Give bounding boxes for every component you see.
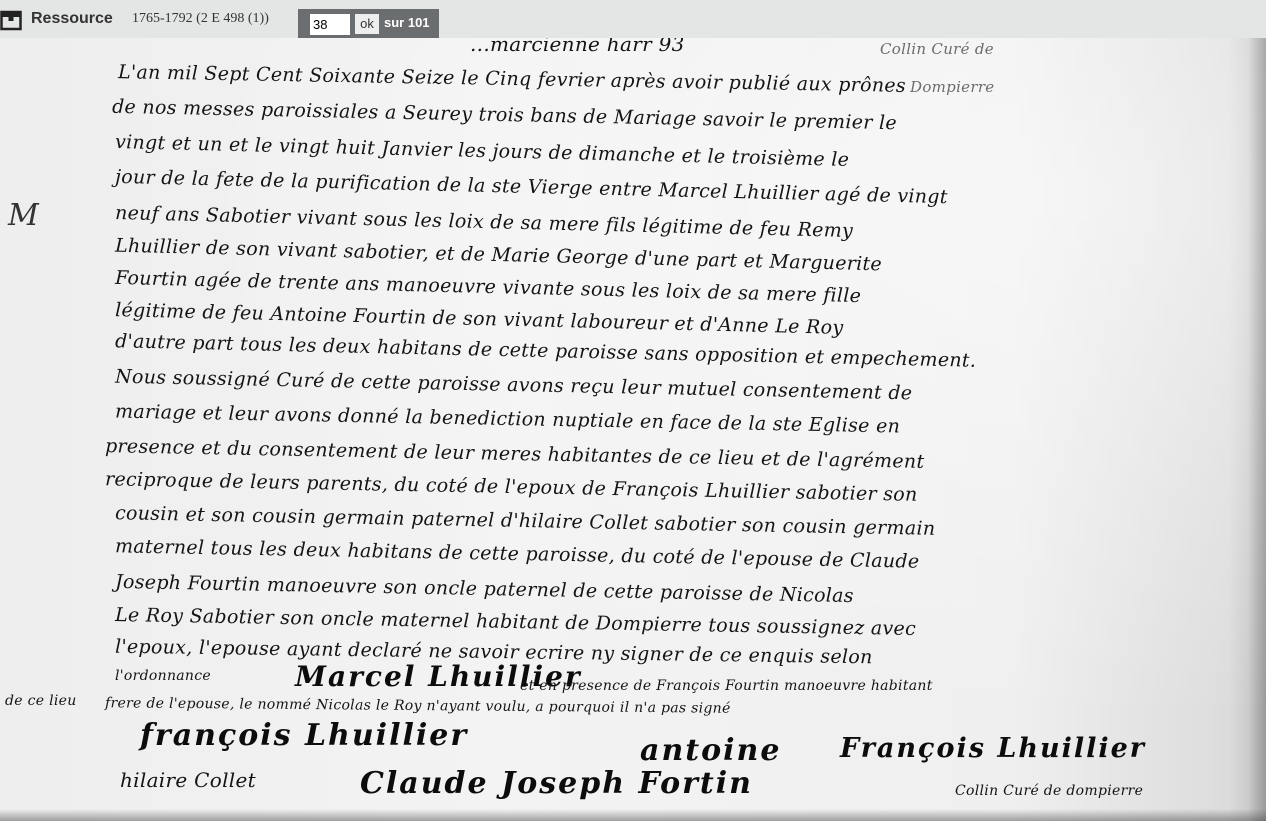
- document-image-viewer[interactable]: ...marcienne harr 93 Collin Curé de Domp…: [0, 38, 1266, 821]
- text-line: d'autre part tous les deux habitans de c…: [115, 330, 977, 372]
- margin-fragment: de ce lieu: [5, 693, 77, 709]
- text-line: L'an mil Sept Cent Soixante Seize le Cin…: [118, 61, 906, 97]
- text-line: Joseph Fourtin manoeuvre son oncle pater…: [115, 571, 854, 607]
- signature: hilaire Collet: [120, 768, 256, 792]
- signature: françois Lhuillier: [140, 718, 468, 753]
- text-line: frere de l'epouse, le nommé Nicolas le R…: [105, 695, 731, 716]
- signature: François Lhuillier: [840, 733, 1146, 764]
- archive-box-icon: [0, 9, 22, 31]
- page-edge-shadow: [1248, 38, 1266, 821]
- top-line-fragment: ...marcienne harr 93: [470, 38, 685, 56]
- curate-signature: Collin Curé de dompierre: [955, 783, 1143, 799]
- page-number-input[interactable]: [310, 14, 350, 35]
- text-line: neuf ans Sabotier vivant sous les loix d…: [115, 202, 853, 242]
- top-right-note-line-2: Dompierre: [910, 78, 994, 96]
- text-line: jour de la fete de la purification de la…: [115, 166, 948, 208]
- text-line: Nous soussigné Curé de cette paroisse av…: [115, 366, 913, 405]
- total-pages-label: sur 101: [384, 15, 430, 30]
- text-line: de nos messes paroissiales a Seurey troi…: [112, 96, 897, 134]
- text-line: cousin et son cousin germain paternel d'…: [115, 502, 936, 540]
- resource-reference: 1765-1792 (2 E 498 (1)): [132, 11, 269, 27]
- signature: Claude Joseph Fortin: [360, 766, 753, 801]
- top-right-note-line-1: Collin Curé de: [880, 40, 994, 58]
- text-line: reciproque de leurs parents, du coté de …: [105, 468, 918, 506]
- text-line: maternel tous les deux habitans de cette…: [115, 535, 920, 572]
- text-line: vingt et un et le vingt huit Janvier les…: [115, 131, 850, 171]
- signature: antoine: [640, 733, 781, 768]
- go-to-page-button[interactable]: ok: [355, 14, 379, 34]
- text-line: Le Roy Sabotier son oncle maternel habit…: [115, 604, 916, 640]
- resource-header: Ressource 1765-1792 (2 E 498 (1)) ok sur…: [0, 0, 1266, 38]
- margin-note: M: [8, 198, 39, 233]
- resource-title: Ressource: [31, 10, 113, 28]
- page-bottom-shadow: [0, 809, 1266, 821]
- text-line: mariage et leur avons donné la benedicti…: [115, 400, 900, 437]
- text-line: l'ordonnance: [115, 668, 211, 684]
- text-line: et en presence de François Fourtin manoe…: [520, 678, 933, 694]
- text-line: presence et du consentement de leur mere…: [105, 435, 925, 473]
- page-navigator: ok sur 101: [298, 9, 439, 38]
